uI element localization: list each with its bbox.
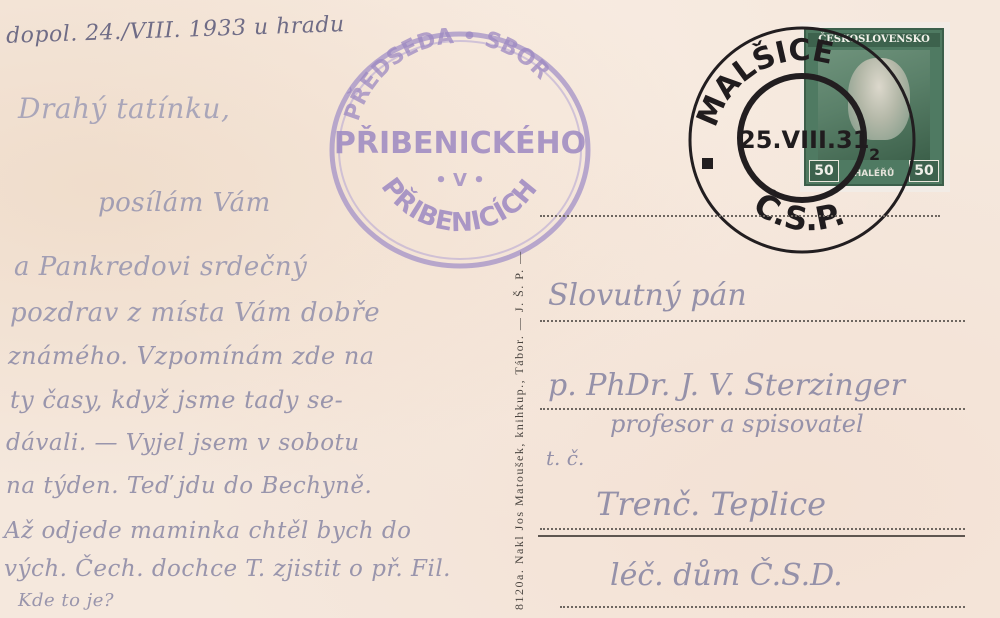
postmark-town: MALŠICE: [690, 33, 836, 132]
message-line: a Pankredovi srdečný: [14, 252, 307, 282]
message-line: dávali. — Vyjel jsem v sobotu: [6, 430, 360, 456]
address-line-name: p. PhDr. J. V. Sterzinger: [548, 368, 905, 403]
postmark-number: 2: [869, 145, 880, 164]
address-underline: [538, 535, 965, 537]
cachet-middle-text: PŘIBENICKÉHO: [334, 125, 586, 161]
cachet-outer-text: PŘEDSEDA • SBOR: [340, 28, 554, 124]
message-line: pozdrav z místa Vám dobře: [10, 298, 380, 328]
cachet-inner-text: • V •: [435, 170, 484, 191]
message-date-line: dopol. 24./VIII. 1933 u hradu: [6, 12, 345, 49]
address-line-tc: t. č.: [546, 446, 584, 470]
message-line: Drahý tatínku,: [18, 92, 230, 125]
svg-text:MALŠICE: MALŠICE: [690, 33, 836, 132]
message-line: vých. Čech. dochce T. zjistit o př. Fil.: [4, 556, 451, 582]
postcard: dopol. 24./VIII. 1933 u hradu Drahý tatí…: [0, 0, 1000, 618]
message-line: Kde to je?: [18, 590, 114, 611]
address-rule: [540, 528, 965, 530]
postmark-cross-mark: [702, 158, 713, 169]
postmark-date: 25.VIII.31: [739, 126, 869, 154]
address-rule: [540, 320, 965, 322]
message-line: posílám Vám: [98, 188, 271, 218]
address-line-town: Trenč. Teplice: [596, 485, 826, 523]
message-line: Až odjede maminka chtěl bych do: [4, 518, 411, 544]
address-rule: [560, 606, 965, 608]
purple-cachet: PŘEDSEDA • SBOR PŘIBENICKÉHO • V • PŘIBE…: [325, 28, 595, 273]
message-line: ty časy, když jsme tady se-: [10, 386, 343, 414]
publisher-imprint: 8120a. Nakl Jos Matoušek, knihkup., Tábo…: [512, 250, 527, 610]
address-rule: [540, 215, 940, 217]
address-line-salutation: Slovutný pán: [548, 278, 747, 313]
svg-text:PŘEDSEDA • SBOR: PŘEDSEDA • SBOR: [340, 28, 554, 124]
message-line: známého. Vzpomínám zde na: [8, 342, 375, 370]
address-line-house: léč. dům Č.S.D.: [610, 558, 843, 593]
postmark: MALŠICE 25.VIII.31 2 Č.S.P.: [684, 20, 920, 262]
message-line: na týden. Teď jdu do Bechyně.: [6, 473, 372, 499]
address-line-title: profesor a spisovatel: [610, 410, 864, 438]
